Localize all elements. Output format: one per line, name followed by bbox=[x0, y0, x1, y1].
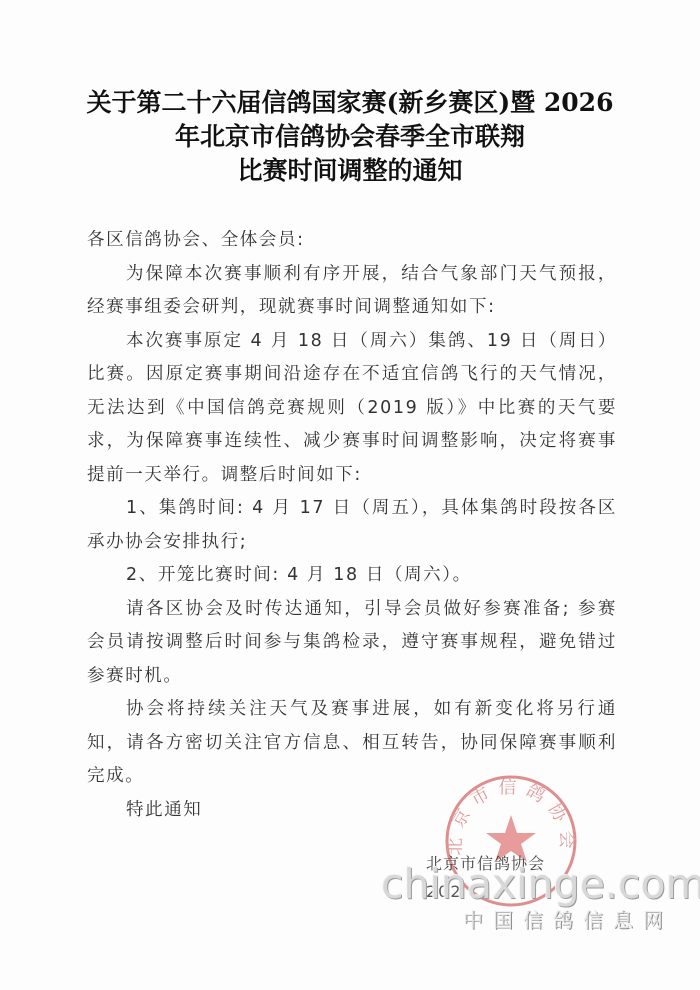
watermark-site-name: 中国信鸽信息网 bbox=[463, 908, 673, 932]
paragraph-intro: 为保障本次赛事顺利有序开展，结合气象部门天气预报，经赛事组委会研判，现就赛事时间… bbox=[87, 258, 617, 325]
notice-title: 关于第二十六届信鸽国家赛(新乡赛区)暨 2026 年北京市信鸽协会春季全市联翔 … bbox=[60, 86, 640, 188]
title-line-3: 比赛时间调整的通知 bbox=[60, 154, 640, 188]
title-line-2: 年北京市信鸽协会春季全市联翔 bbox=[60, 120, 640, 154]
salutation: 各区信鸽协会、全体会员: bbox=[87, 224, 617, 258]
paragraph-item-2: 2、开笼比赛时间: 4 月 18 日（周六）。 bbox=[87, 559, 617, 593]
title-line-1: 关于第二十六届信鸽国家赛(新乡赛区)暨 2026 bbox=[60, 86, 640, 120]
watermark-domain: chinaxinge.com bbox=[381, 862, 700, 906]
paragraph-item-1: 1、集鸽时间: 4 月 17 日（周五），具体集鸽时段按各区承办协会安排执行; bbox=[87, 492, 617, 559]
notice-page: 关于第二十六届信鸽国家赛(新乡赛区)暨 2026 年北京市信鸽协会春季全市联翔 … bbox=[0, 0, 700, 990]
paragraph-original-schedule: 本次赛事原定 4 月 18 日（周六）集鸽、19 日（周日）比赛。因原定赛事期间… bbox=[87, 325, 617, 493]
paragraph-instructions: 请各区协会及时传达通知，引导会员做好参赛准备; 参赛会员请按调整后时间参与集鸽检… bbox=[87, 593, 617, 694]
notice-body: 各区信鸽协会、全体会员: 为保障本次赛事顺利有序开展，结合气象部门天气预报，经赛… bbox=[87, 224, 617, 827]
